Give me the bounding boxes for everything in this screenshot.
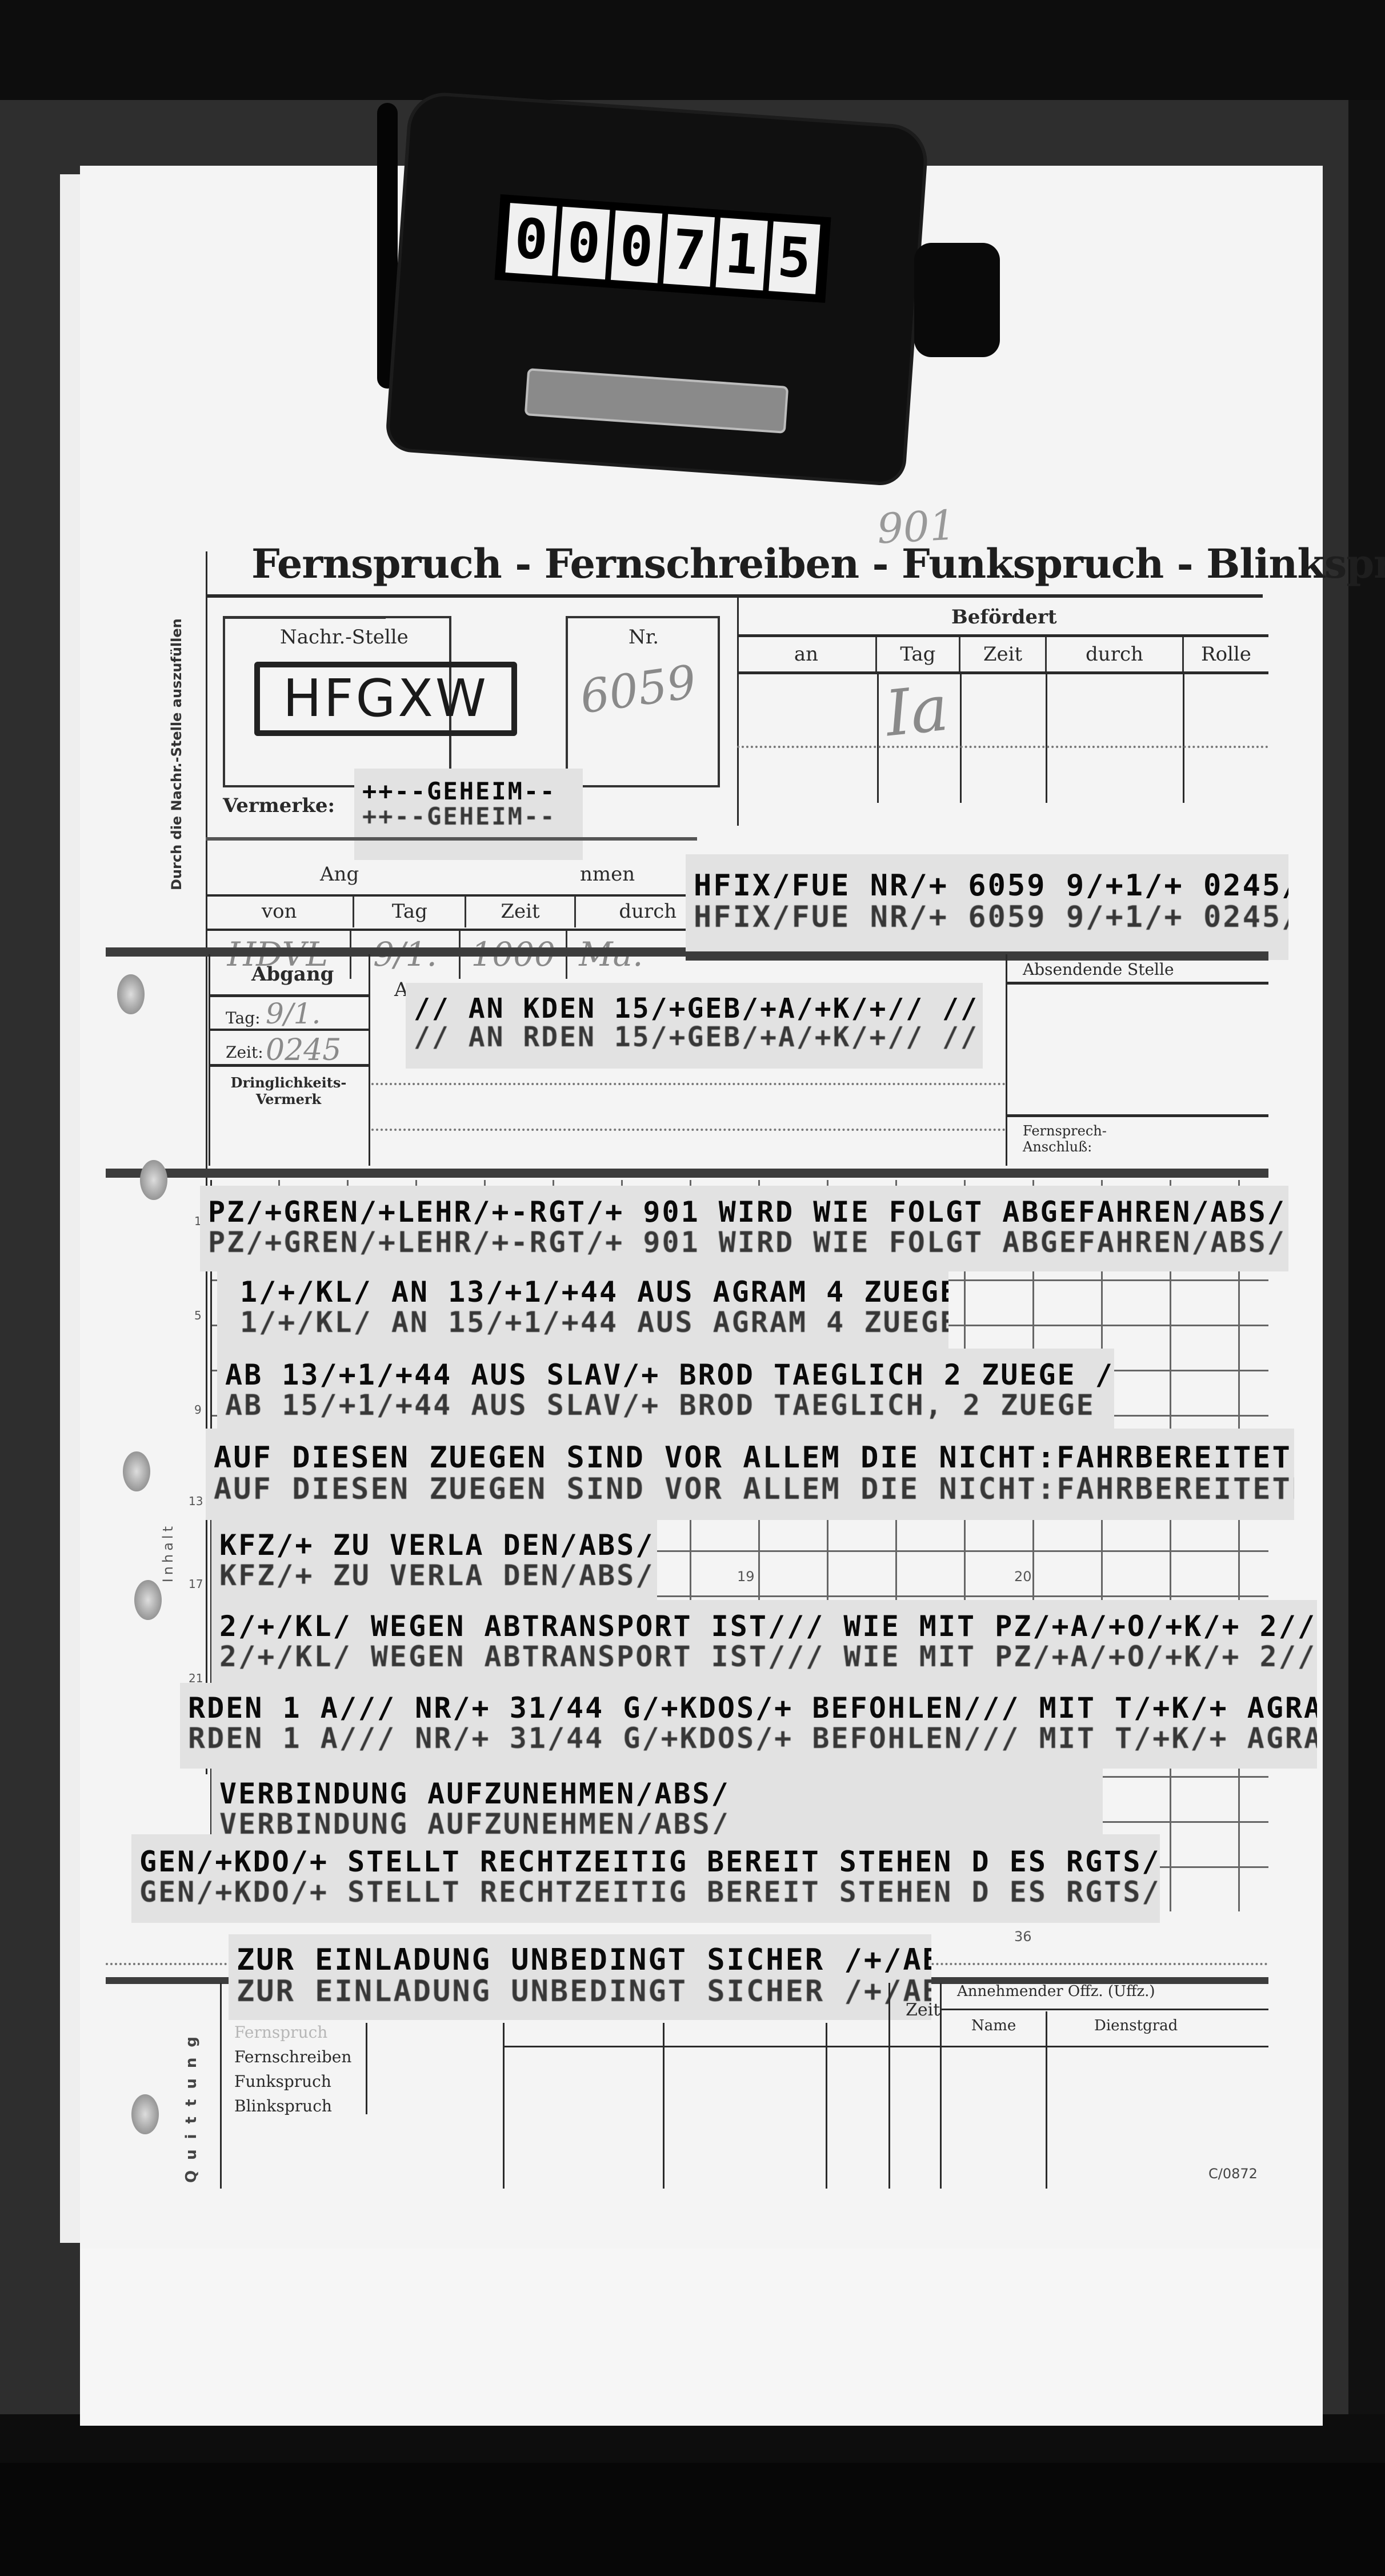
nachr-stelle-label: Nachr.-Stelle: [280, 626, 409, 649]
header-text: HFIX/FUE NR/+ 6059 9/+1/+ 0245//: [694, 870, 1280, 902]
message-text-echo: 2/+/KL/ WEGEN ABTRANSPORT IST/// WIE MIT…: [219, 1642, 1309, 1672]
side-instruction-label: Durch die Nachr.-Stelle auszufüllen: [169, 606, 209, 903]
quittung-type: Fernschreiben: [234, 2047, 351, 2066]
form-code: C/0872: [1208, 2166, 1258, 2182]
abgang-zeit-value: 0245: [266, 1033, 341, 1067]
rule: [888, 1983, 890, 2189]
rule: [371, 1083, 1006, 1085]
rule: [1046, 2011, 1047, 2189]
message-text: GEN/+KDO/+ STELLT RECHTZEITIG BEREIT STE…: [139, 1847, 1152, 1877]
rule: [503, 2046, 1268, 2047]
abgang-tag-label: Tag:: [226, 1009, 261, 1027]
angenommen-label-left: Ang: [320, 863, 359, 886]
message-strip: 1/+/KL/ AN 13/+1/+44 AUS AGRAM 4 ZUEGE/A…: [217, 1266, 948, 1351]
section-divider: [106, 1169, 1268, 1178]
message-text: AB 13/+1/+44 AUS SLAV/+ BROD TAEGLICH 2 …: [225, 1360, 1106, 1390]
header-teletype-strip: HFIX/FUE NR/+ 6059 9/+1/+ 0245// HFIX/FU…: [686, 854, 1288, 960]
rule: [877, 671, 879, 803]
film-edge: [1348, 100, 1385, 2414]
message-text: VERBINDUNG AUFZUNEHMEN/ABS/: [219, 1779, 1095, 1809]
rule: [369, 954, 370, 1166]
rule: [220, 1983, 222, 2189]
quittung-zeit-label: Zeit: [906, 2000, 940, 2020]
rule: [371, 1129, 1006, 1131]
rule: [940, 2009, 1268, 2010]
lower-backing: [80, 2249, 1323, 2426]
message-strip: AB 13/+1/+44 AUS SLAV/+ BROD TAEGLICH 2 …: [217, 1349, 1114, 1434]
address-strip: // AN KDEN 15/+GEB/+A/+K/+// // // AN RD…: [406, 983, 983, 1069]
counter-knob: [914, 243, 1000, 357]
rule: [940, 1983, 942, 2189]
dienstgrad-label: Dienstgrad: [1094, 2017, 1178, 2034]
rule: [737, 671, 1268, 674]
abgang-zeit-label: Zeit:: [226, 1043, 263, 1062]
grid-number: 19: [737, 1569, 755, 1585]
col-durch: durch: [1047, 637, 1184, 671]
message-text: ZUR EINLADUNG UNBEDINGT SICHER /+/ABS/: [237, 1945, 923, 1976]
rule: [1006, 982, 1268, 985]
counter-digit: 0: [505, 203, 557, 275]
message-text-echo: AUF DIESEN ZUEGEN SIND VOR ALLEM DIE NIC…: [214, 1474, 1286, 1505]
befoerdert-label: Befördert: [951, 606, 1057, 629]
punch-hole: [140, 1160, 167, 1200]
received-header: von Tag Zeit durch: [206, 896, 720, 927]
message-strip: PZ/+GREN/+LEHR/+-RGT/+ 901 WIRD WIE FOLG…: [200, 1186, 1288, 1271]
message-text-echo: 1/+/KL/ AN 15/+1/+44 AUS AGRAM 4 ZUEGE/A…: [240, 1307, 940, 1338]
address-text: // AN KDEN 15/+GEB/+A/+K/+// //: [414, 994, 975, 1023]
station-stamp: HFGXW: [254, 662, 517, 736]
classification-text: ++--GEHEIM--: [362, 779, 575, 804]
col-zeit: Zeit: [960, 637, 1047, 671]
classification-text-echo: ++--GEHEIM--: [362, 804, 575, 829]
rule: [826, 2023, 827, 2189]
rule: [1006, 1114, 1268, 1117]
address-text-echo: // AN RDEN 15/+GEB/+A/+K/+// //: [414, 1023, 975, 1051]
header-text-echo: HFIX/FUE NR/+ 6059 9/+1/+ 0245//: [694, 902, 1280, 933]
line-number: 13: [189, 1494, 203, 1508]
counter-digit: 5: [768, 221, 820, 294]
section-divider: [686, 951, 1268, 961]
counter-cable: [377, 103, 398, 389]
film-bottom-edge: [0, 2463, 1385, 2576]
rule: [503, 2023, 505, 2189]
message-strip: ZUR EINLADUNG UNBEDINGT SICHER /+/ABS/ Z…: [229, 1934, 931, 2020]
col-zeit: Zeit: [466, 896, 575, 927]
rule: [209, 954, 210, 1166]
fernsprech-anschluss-label: Fernsprech- Anschluß:: [1023, 1123, 1107, 1155]
quittung-types: Fernspruch Fernschreiben Funkspruch Blin…: [234, 2023, 351, 2115]
message-text-echo: ZUR EINLADUNG UNBEDINGT SICHER /+/ABS/: [237, 1976, 923, 2007]
message-strip: GEN/+KDO/+ STELLT RECHTZEITIG BEREIT STE…: [131, 1834, 1160, 1923]
message-text-echo: RDEN 1 A/// NR/+ 31/44 G/+KDOS/+ BEFOHLE…: [188, 1723, 1309, 1754]
grid-number: 20: [1014, 1569, 1032, 1585]
handwritten-mark: Ia: [882, 671, 952, 751]
rule: [960, 671, 962, 803]
message-strip: 2/+/KL/ WEGEN ABTRANSPORT IST/// WIE MIT…: [211, 1600, 1317, 1686]
dringlichkeit-label: Dringlichkeits- Vermerk: [217, 1074, 360, 1107]
counter-digit: 7: [663, 214, 715, 286]
col-rolle: Rolle: [1184, 637, 1268, 671]
line-number: 9: [194, 1403, 202, 1417]
abgang-tag-value: 9/1.: [266, 997, 321, 1030]
punch-hole: [131, 2094, 159, 2134]
quittung-label: Quittung: [183, 2011, 211, 2183]
message-text: KFZ/+ ZU VERLA DEN/ABS/: [219, 1530, 649, 1561]
message-strip: RDEN 1 A/// NR/+ 31/44 G/+KDOS/+ BEFOHLE…: [180, 1683, 1317, 1769]
inhalt-label: Inhalt: [160, 1523, 176, 1582]
col-von: von: [206, 896, 354, 927]
rule: [366, 2023, 367, 2114]
title-rule: [206, 594, 1263, 598]
message-text: AUF DIESEN ZUEGEN SIND VOR ALLEM DIE NIC…: [214, 1442, 1286, 1474]
rule: [1006, 954, 1007, 1166]
message-text: 1/+/KL/ AN 13/+1/+44 AUS AGRAM 4 ZUEGE/A…: [240, 1277, 940, 1307]
punch-hole: [117, 974, 145, 1014]
rule: [663, 2023, 665, 2189]
absendende-stelle-label: Absendende Stelle: [1023, 960, 1174, 979]
message-text: RDEN 1 A/// NR/+ 31/44 G/+KDOS/+ BEFOHLE…: [188, 1693, 1309, 1723]
col-tag: Tag: [354, 896, 466, 927]
col-tag: Tag: [877, 637, 960, 671]
quittung-type: Fernspruch: [234, 2023, 351, 2042]
col-an: an: [737, 637, 877, 671]
form-title: Fernspruch - Fernschreiben - Funkspruch …: [251, 540, 1223, 587]
message-text: PZ/+GREN/+LEHR/+-RGT/+ 901 WIRD WIE FOLG…: [208, 1197, 1280, 1227]
punch-hole: [123, 1451, 150, 1491]
counter-digit: 0: [611, 210, 663, 283]
message-strip: AUF DIESEN ZUEGEN SIND VOR ALLEM DIE NIC…: [206, 1429, 1294, 1520]
rule: [209, 1029, 369, 1031]
message-text: 2/+/KL/ WEGEN ABTRANSPORT IST/// WIE MIT…: [219, 1611, 1309, 1642]
quittung-type: Funkspruch: [234, 2072, 351, 2091]
message-text-echo: PZ/+GREN/+LEHR/+-RGT/+ 901 WIRD WIE FOLG…: [208, 1227, 1280, 1258]
line-number: 17: [189, 1577, 203, 1591]
rule: [737, 746, 1268, 748]
section-divider: [106, 947, 686, 957]
nr-label: Nr.: [629, 626, 659, 649]
message-text-echo: KFZ/+ ZU VERLA DEN/ABS/: [219, 1561, 649, 1591]
rule: [1183, 671, 1184, 803]
punch-hole: [134, 1580, 162, 1620]
grid-number: 36: [1014, 1929, 1032, 1945]
abgang-label: Abgang: [251, 963, 334, 986]
counter-digit: 0: [558, 207, 610, 279]
annehmender-label: Annehmender Offz. (Uffz.): [957, 1983, 1155, 2000]
message-text-echo: GEN/+KDO/+ STELLT RECHTZEITIG BEREIT STE…: [139, 1877, 1152, 1907]
message-text-echo: AB 15/+1/+44 AUS SLAV/+ BROD TAEGLICH, 2…: [225, 1390, 1106, 1421]
classification-strip: ++--GEHEIM-- ++--GEHEIM--: [354, 769, 583, 860]
message-strip: KFZ/+ ZU VERLA DEN/ABS/ KFZ/+ ZU VERLA D…: [211, 1520, 657, 1600]
rule: [206, 837, 697, 841]
angenommen-label-right: nmen: [580, 863, 635, 886]
rule: [737, 597, 739, 826]
vermerke-label: Vermerke:: [223, 794, 335, 817]
name-label: Name: [971, 2017, 1016, 2034]
befoerdert-header: an Tag Zeit durch Rolle: [737, 637, 1268, 671]
counter-digit: 1: [716, 218, 768, 290]
rule: [209, 1064, 369, 1067]
line-number: 5: [194, 1309, 202, 1322]
rule: [1046, 671, 1047, 803]
quittung-type: Blinkspruch: [234, 2097, 351, 2115]
